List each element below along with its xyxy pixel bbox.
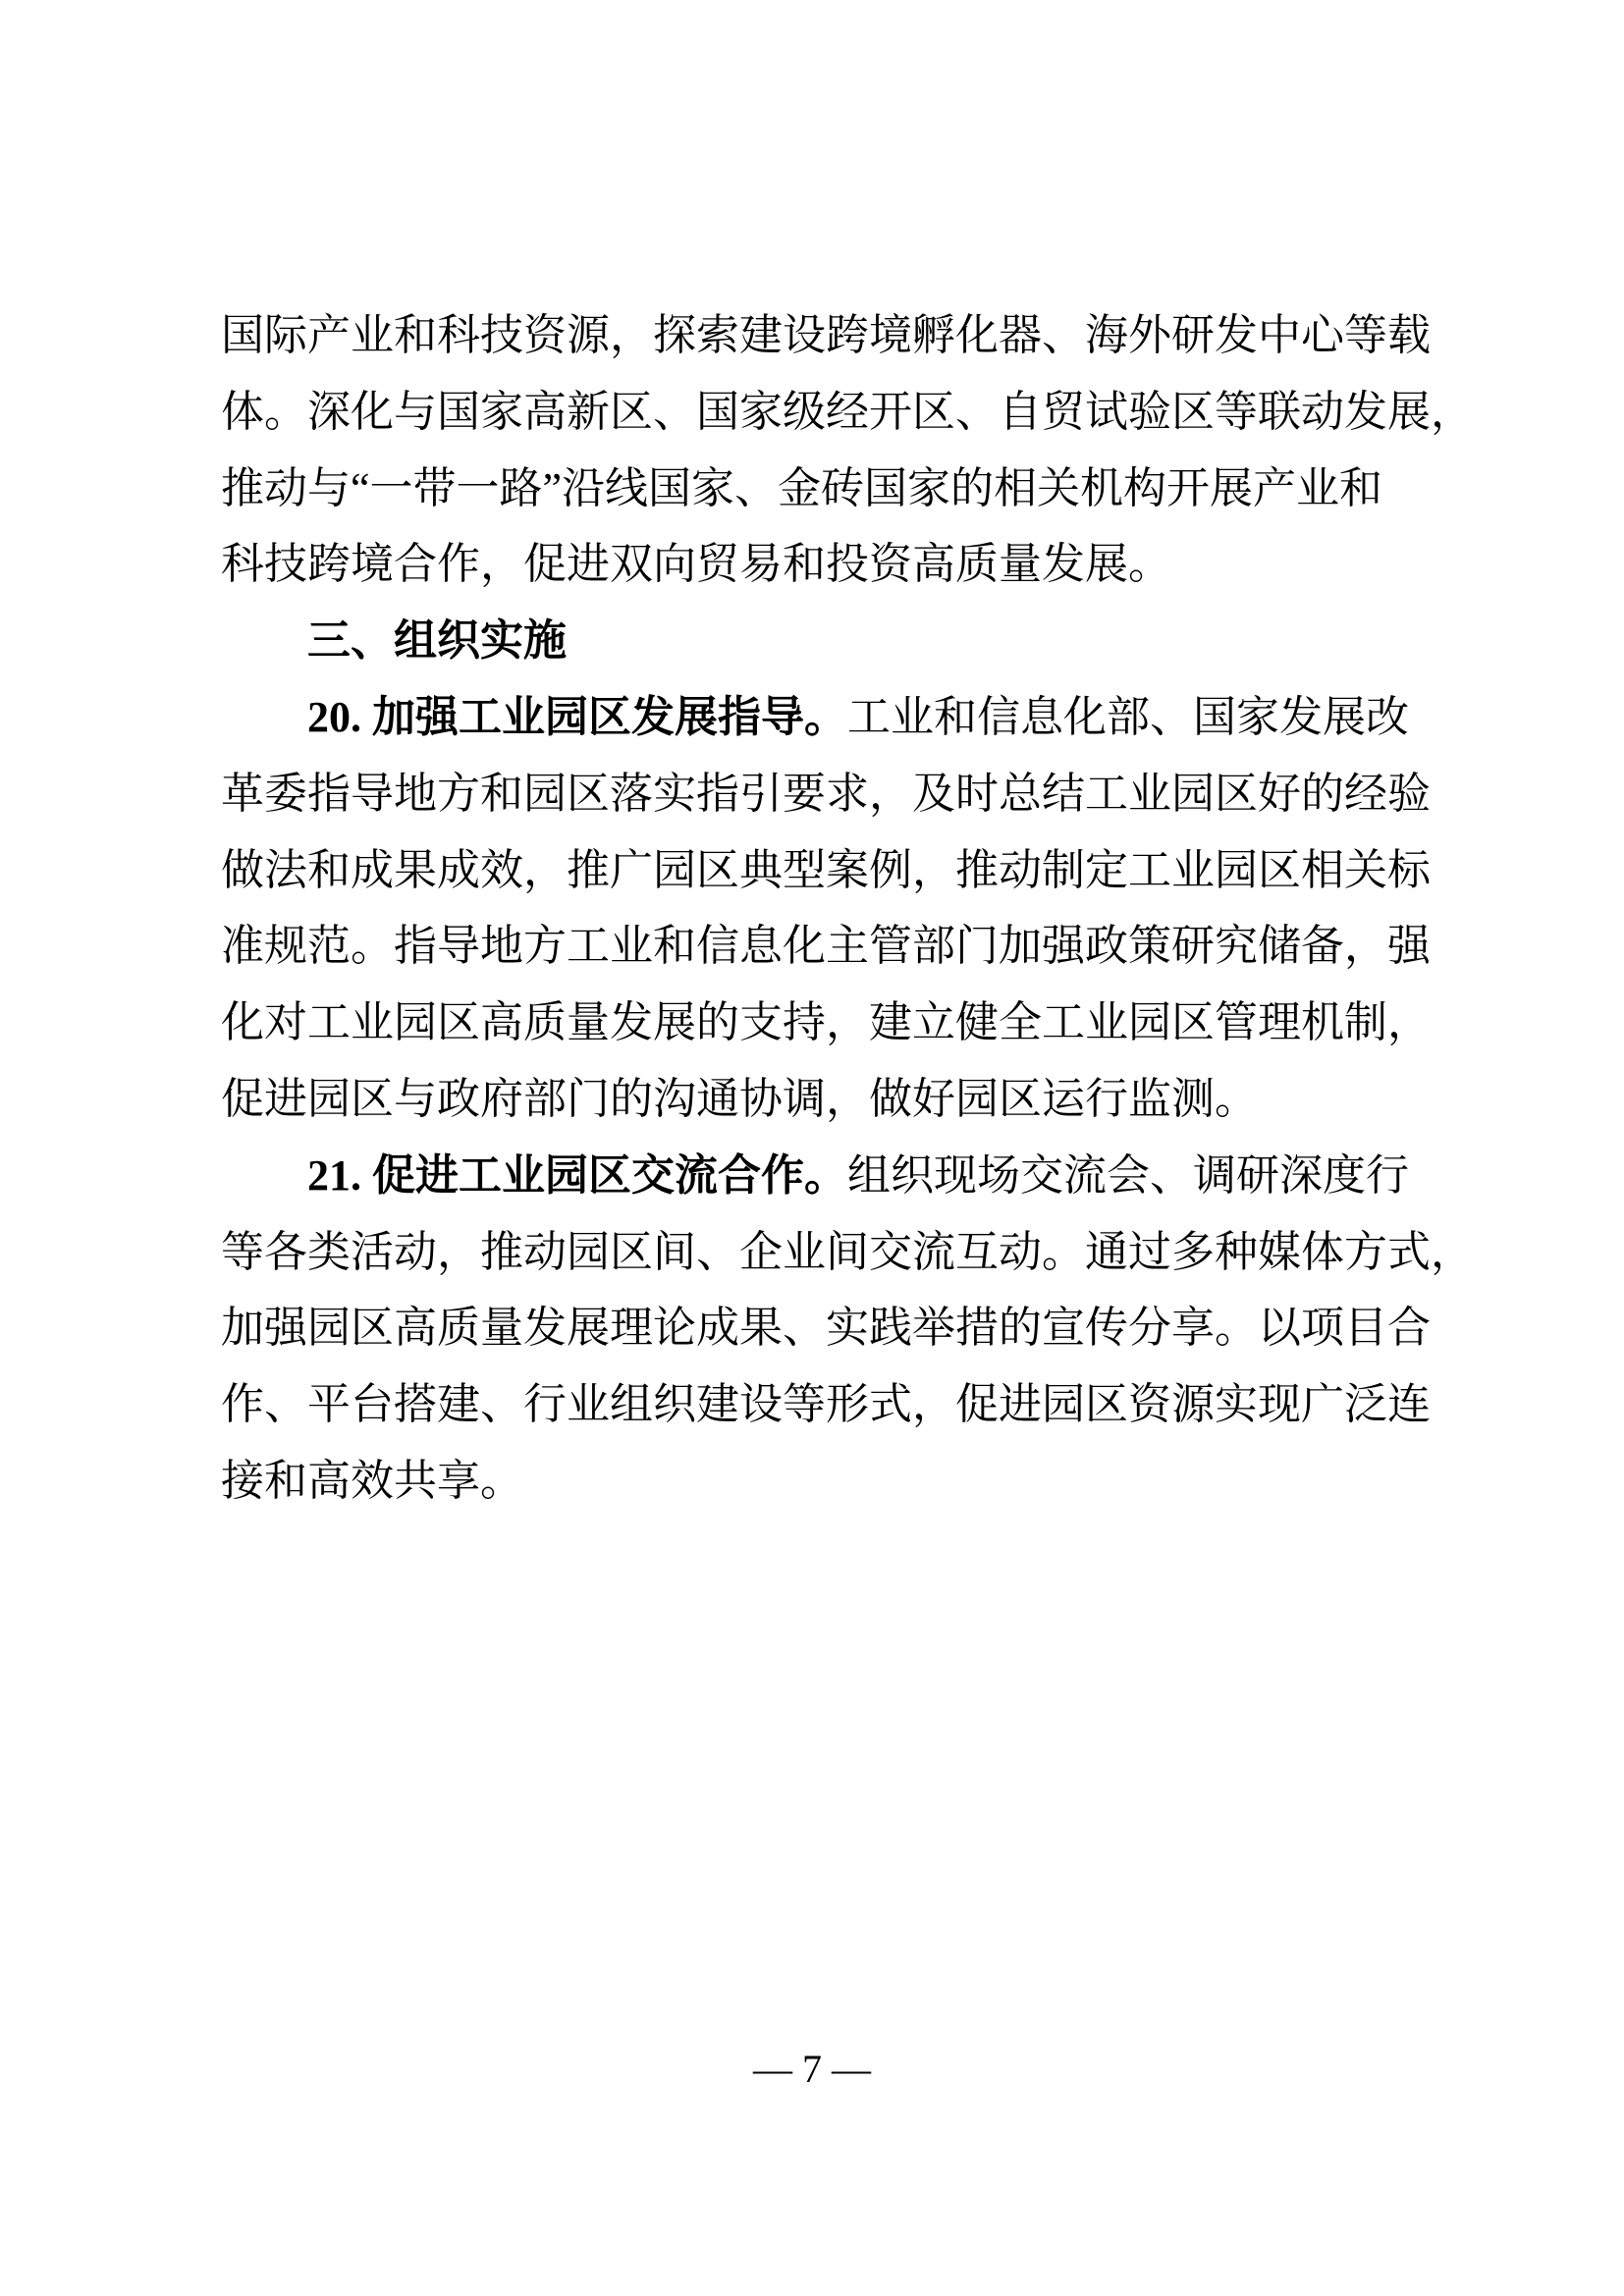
text-line: 接和高效共享。: [221, 1443, 1431, 1520]
text-line: 等各类活动，推动园区间、企业间交流互动。通过多种媒体方式，: [221, 1214, 1431, 1291]
page-number: — 7 —: [0, 2048, 1624, 2091]
text-line: 20. 加强工业园区发展指导。工业和信息化部、国家发展改: [221, 679, 1431, 756]
text-line: 21. 促进工业园区交流合作。组织现场交流会、调研深度行: [221, 1138, 1431, 1214]
text-line: 化对工业园区高质量发展的支持，建立健全工业园区管理机制，: [221, 985, 1431, 1061]
document-body: 国际产业和科技资源，探索建设跨境孵化器、海外研发中心等载 体。深化与国家高新区、…: [221, 297, 1431, 1520]
paragraph-continuation: 国际产业和科技资源，探索建设跨境孵化器、海外研发中心等载 体。深化与国家高新区、…: [221, 297, 1431, 603]
text-line: 作、平台搭建、行业组织建设等形式，促进园区资源实现广泛连: [221, 1366, 1431, 1443]
section-heading: 三、组织实施: [221, 603, 1431, 679]
text-line: 准规范。指导地方工业和信息化主管部门加强政策研究储备，强: [221, 908, 1431, 985]
text-line: 革委指导地方和园区落实指引要求，及时总结工业园区好的经验: [221, 756, 1431, 832]
item-20-paragraph: 20. 加强工业园区发展指导。工业和信息化部、国家发展改 革委指导地方和园区落实…: [221, 679, 1431, 1138]
text-line: 体。深化与国家高新区、国家级经开区、自贸试验区等联动发展，: [221, 374, 1431, 451]
text-line: 做法和成果成效，推广园区典型案例，推动制定工业园区相关标: [221, 832, 1431, 909]
item-20-lead: 20. 加强工业园区发展指导。: [307, 693, 847, 741]
item-21-first-line-rest: 组织现场交流会、调研深度行: [847, 1151, 1409, 1200]
text-line: 加强园区高质量发展理论成果、实践举措的宣传分享。以项目合: [221, 1290, 1431, 1366]
item-20-first-line-rest: 工业和信息化部、国家发展改: [847, 693, 1409, 741]
item-21-lead: 21. 促进工业园区交流合作。: [307, 1151, 847, 1200]
document-page: 国际产业和科技资源，探索建设跨境孵化器、海外研发中心等载 体。深化与国家高新区、…: [0, 0, 1624, 2296]
text-line: 科技跨境合作，促进双向贸易和投资高质量发展。: [221, 526, 1431, 603]
text-line: 促进园区与政府部门的沟通协调，做好园区运行监测。: [221, 1061, 1431, 1138]
item-21-paragraph: 21. 促进工业园区交流合作。组织现场交流会、调研深度行 等各类活动，推动园区间…: [221, 1138, 1431, 1520]
text-line: 国际产业和科技资源，探索建设跨境孵化器、海外研发中心等载: [221, 297, 1431, 374]
text-line: 推动与“一带一路”沿线国家、金砖国家的相关机构开展产业和: [221, 451, 1431, 527]
